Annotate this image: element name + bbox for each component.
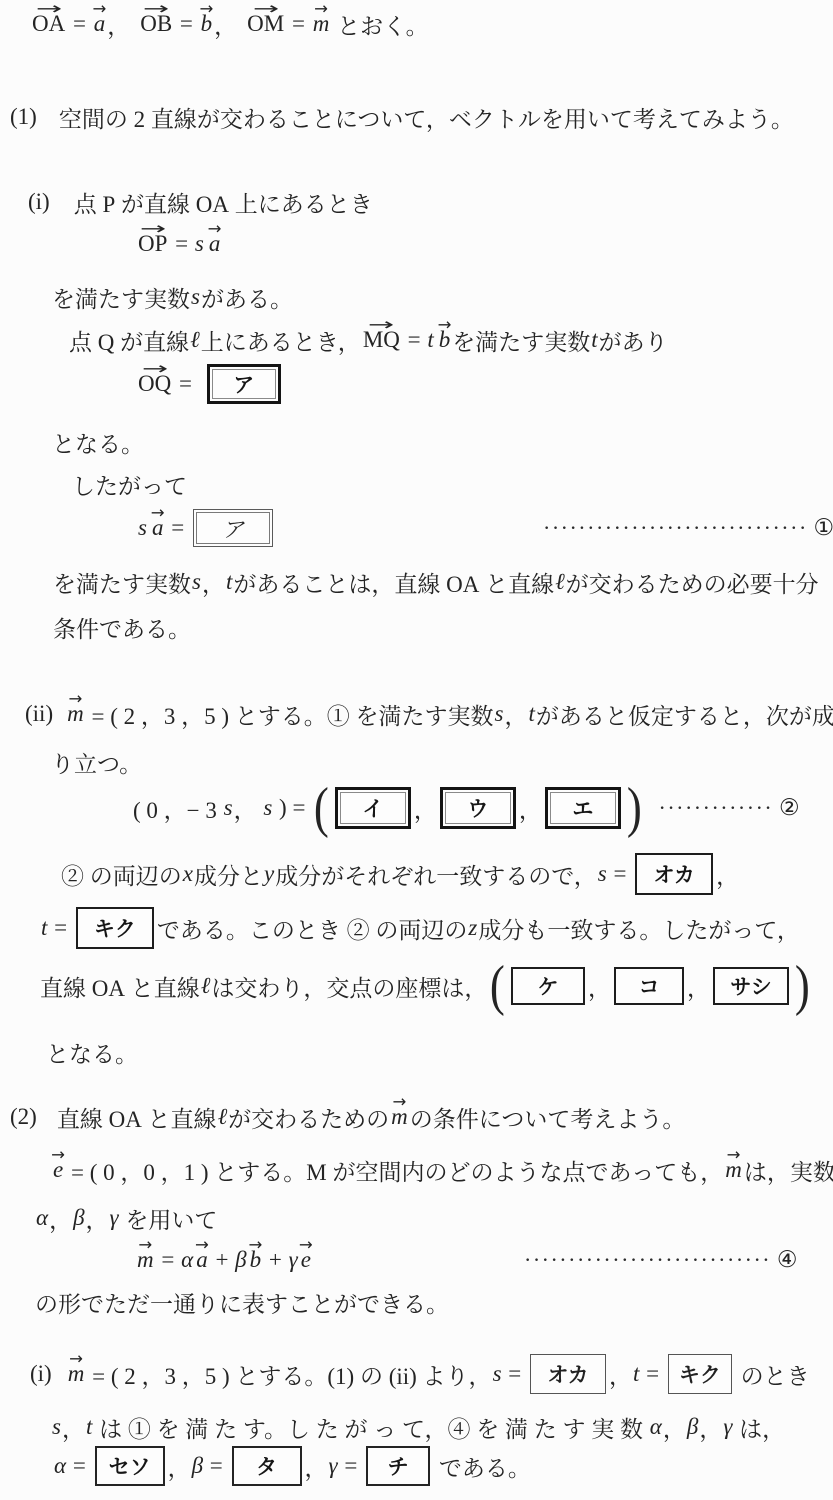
vector-oa: →OA [30,11,67,37]
text-components-x-y: ② の両辺のx成分とy成分がそれぞれ一致するので，s = オカ， [61,852,739,896]
text-necessary-sufficient-1: を満たす実数s，tがあることは，直線 OA と直線ℓが交わるための必要十分 [53,560,819,604]
text: があり [599,324,668,357]
math-variable: β [191,1453,204,1479]
vector-arrow-icon: → [143,1,169,18]
text: を満たす実数 [52,281,190,314]
big-parenthesis: ) [795,966,810,1006]
text-e-definition: →e = ( 0 ，0 ，1 ) とする。M が空間内のどのような点であっても，… [51,1148,833,1192]
answer-box-label: エ [550,792,616,824]
text: とおく。 [331,8,428,41]
vector-arrow-icon: → [140,221,166,238]
part1-ii-heading: (ii)→m = ( 2 ，3 ，5 ) とする。① を満たす実数s，tがあると… [25,692,833,736]
spacer [198,384,204,385]
vector-arrow-icon: → [438,317,452,334]
spacer [50,202,74,203]
text: があることは，直線 OA と直線 [233,566,554,599]
vector-arrow-icon: → [368,317,394,334]
text: 条件である。 [53,611,191,644]
spacer [52,1374,66,1375]
text: ， [609,1358,632,1391]
text: である。このとき ② の両辺の [157,912,468,945]
math-variable: β [72,1205,85,1231]
text: となる。 [46,1036,138,1069]
text: ， [699,1411,722,1444]
part1-heading: (1)空間の 2 直線が交わることについて，ベクトルを用いて考えてみよう。 [10,95,794,139]
text: = [67,11,91,37]
math-variable: s [191,569,202,595]
text: ， [234,792,263,825]
math-variable: s [262,795,273,821]
vector-om: →OM [245,11,286,37]
vector-arrow-icon: → [253,1,279,18]
answer-box-label: ウ [445,792,511,824]
text: = [204,1453,228,1479]
math-variable: γ [288,1247,299,1273]
text: = [608,861,632,887]
answer-box-a-ref: ア [193,509,273,547]
vector-m: →m [66,1361,87,1387]
math-variable: ℓ [189,327,201,353]
math-variable: s [51,1414,62,1440]
answer-box-ta: タ [232,1446,302,1486]
text: は，実数 [744,1154,833,1187]
text: = [640,1361,664,1387]
text: + [263,1247,287,1273]
text: ， [49,1202,72,1235]
spacer [237,24,245,25]
math-variable: γ [722,1414,733,1440]
vector-arrow-icon: → [35,1,61,18]
text: ) = [273,795,311,821]
eq4-dots-ref: ···························· ④ [524,1238,798,1282]
text: ， [414,792,437,825]
vector-oq: →OQ [136,371,173,397]
text: = [169,231,193,257]
answer-box-label: セソ [97,1448,163,1484]
answer-box-sashi: サシ [713,967,789,1005]
text: = ( 2 ，3 ，5 ) とする。① を満たす実数 [86,698,494,731]
spacer [53,714,65,715]
text: = [339,1453,363,1479]
answer-box-label: タ [234,1448,300,1484]
text: のとき [735,1358,810,1391]
text: ， [519,792,542,825]
text-necessary-sufficient-2: 条件である。 [53,605,191,649]
text: ， [305,1450,328,1483]
math-variable: α [649,1414,663,1440]
text: したがって [72,468,187,501]
answer-box-seso: セソ [95,1446,165,1486]
spacer [130,24,138,25]
text: ， [168,1450,191,1483]
text: = [156,1247,180,1273]
text: が交わるための必要十分 [566,566,819,599]
text-satisfy-1-4: s，t は ① を 満 た す。し た が っ て，④ を 満 た す 実 数 … [51,1405,785,1449]
answer-box-ke: ケ [511,967,585,1005]
math-variable: ℓ [200,973,212,999]
vector-arrow-icon: → [51,1147,65,1164]
vector-arrow-icon: → [138,1237,152,1254]
text-real-s: を満たす実数sがある。 [52,275,293,319]
dotted-leader: ······························ [543,515,808,541]
vector-arrow-icon: → [151,505,165,522]
answer-box-label: チ [368,1448,428,1484]
text: ② [773,795,799,821]
text: となる。 [52,426,144,459]
answer-box-label: ア [196,512,270,544]
text-t-value: t = キクである。このとき ② の両辺のz成分も一致する。したがって， [40,906,800,950]
vector-b: →b [199,11,215,37]
text-point-q: 点 Q が直線ℓ上にあるとき，→MQ = t→bを満たす実数tがあり [69,318,668,362]
vector-arrow-icon: → [299,1237,313,1254]
vector-arrow-icon: → [69,1351,83,1368]
text-shitagatte: したがって [72,462,187,506]
text: ( 0 ，− 3 [133,792,223,825]
text: = [67,1453,91,1479]
vector-ob: →OB [138,11,174,37]
math-variable: t [590,327,598,353]
text: の形でただ一通りに表すことができる。 [35,1286,449,1319]
answer-box-label: キク [78,909,152,947]
eq4-m-expression: →m = α→a + β→b + γ→e [135,1238,313,1282]
text: ， [214,8,237,41]
vector-arrow-icon: → [393,1094,407,1111]
eq1-dots-ref: ······························ ① [543,506,833,550]
math-variable: ℓ [217,1104,229,1130]
vector-arrow-icon: → [727,1147,741,1164]
text-tonaru-1: となる。 [52,420,144,464]
vector-arrow-icon: → [141,361,167,378]
text: 点 Q が直線 [69,324,189,357]
math-variable: t [225,569,233,595]
text: 成分も一致する。したがって， [478,912,800,945]
math-variable: α [35,1205,49,1231]
text: ， [687,970,710,1003]
vector-definitions: →OA = →a，→OB = →b，→OM = →m とおく。 [30,2,429,46]
vector-m: →m [723,1157,744,1183]
math-variable: β [686,1414,699,1440]
text: ， [504,698,527,731]
math-variable: s [190,284,201,310]
text: がある。 [201,281,293,314]
text: ① [808,515,833,541]
text: 直線 OA と直線 [57,1101,217,1134]
vector-arrow-icon: → [199,1,213,18]
text: ， [107,8,130,41]
text: は交わり，交点の座標は， [211,970,487,1003]
text-tonaru-2: となる。 [46,1030,138,1074]
answer-box-label: コ [616,969,682,1003]
math-variable: s [194,231,205,257]
part1-i-heading: (i)点 P が直線 OA 上にあるとき [28,180,373,224]
text: を用いて [120,1202,218,1235]
math-variable: t [426,327,434,353]
math-variable: α [53,1453,67,1479]
math-variable: β [234,1247,247,1273]
spacer [645,808,659,809]
text: の条件について考えよう。 [410,1101,686,1134]
text: = [174,11,198,37]
text: が交わるための [228,1101,389,1134]
text: (i) [28,189,50,215]
text: ② の両辺の [61,858,182,891]
text: ， [588,970,611,1003]
math-variable: s [597,861,608,887]
vector-op: →OP [136,231,169,257]
math-variable: t [40,915,48,941]
answer-box-i: イ [335,787,411,829]
math-variable: γ [328,1453,339,1479]
text: を満たす実数 [452,324,590,357]
math-variable: s [494,701,505,727]
document-page: →OA = →a，→OB = →b，→OM = →m とおく。(1)空間の 2 … [0,0,833,1500]
text-alpha-beta-gamma: α，β，γ を用いて [35,1196,217,1240]
text: = [48,915,72,941]
dotted-leader: ···························· [524,1247,771,1273]
text: ， [202,566,225,599]
answer-box-label: オカ [531,1355,605,1393]
vector-a: →a [92,11,108,37]
text: (2) [10,1104,37,1130]
big-parenthesis: ) [627,788,642,828]
eq-sa-answer: s→a = ア [137,506,276,550]
math-variable: t [527,701,535,727]
text: ， [86,1202,109,1235]
vector-arrow-icon: → [314,1,328,18]
math-variable: γ [109,1205,120,1231]
answer-box-e: エ [545,787,621,829]
text: (1) [10,104,37,130]
part2-heading: (2)直線 OA と直線ℓが交わるための→mの条件について考えよう。 [10,1095,685,1139]
answer-box-a: ア [207,364,281,404]
text: = [402,327,426,353]
vector-arrow-icon: → [248,1237,262,1254]
eq-oq-answer: →OQ = ア [136,362,284,406]
text: (i) [30,1361,52,1387]
math-variable: t [85,1414,93,1440]
text-unique-form: の形でただ一通りに表すことができる。 [35,1280,449,1324]
vector-b: →b [248,1247,264,1273]
text: である。 [433,1450,531,1483]
eq-op-sa: →OP = s→a [136,222,222,266]
text: (ii) [25,701,53,727]
answer-box-ko: コ [614,967,684,1005]
vector-arrow-icon: → [68,691,82,708]
answer-box-chi: チ [366,1446,430,1486]
vector-b: →b [437,327,453,353]
text: 成分と [194,858,263,891]
vector-arrow-icon: → [93,1,107,18]
math-variable: s [137,515,148,541]
spacer [37,117,59,118]
big-parenthesis: ( [490,966,505,1006]
answer-box-label: オカ [637,855,711,893]
answer-box-label: ケ [513,969,583,1003]
spacer [37,1117,57,1118]
vector-a: →a [207,231,223,257]
answer-box-label: ア [212,369,276,399]
text: = ( 0 ，0 ，1 ) とする。M が空間内のどのような点であっても， [65,1154,723,1187]
text: = ( 2 ，3 ，5 ) とする。(1) の (ii) より， [86,1358,491,1391]
text: ， [663,1411,686,1444]
big-parenthesis: ( [314,788,329,828]
vector-a: →a [194,1247,210,1273]
text: は ① を 満 た す。し た が っ て，④ を 満 た す 実 数 [93,1411,648,1444]
math-variable: y [263,861,275,887]
eq2-component: ( 0 ，− 3 s， s ) = (イ，ウ，エ)············· ② [133,786,800,830]
vector-e: →e [51,1157,65,1183]
answer-box-oka-ref: オカ [530,1354,606,1394]
text: + [210,1247,234,1273]
text: ， [62,1411,85,1444]
text: り立つ。 [51,746,142,779]
answer-box-u: ウ [440,787,516,829]
math-variable: t [632,1361,640,1387]
text: = [286,11,310,37]
text: 直線 OA と直線 [40,970,200,1003]
vector-m: →m [311,11,332,37]
dotted-leader: ············· [659,795,774,821]
part2-i-heading: (i)→m = ( 2 ，3 ，5 ) とする。(1) の (ii) より，s … [30,1352,810,1396]
text: を満たす実数 [53,566,191,599]
math-variable: α [180,1247,194,1273]
text: 点 P が直線 OA 上にあるとき [74,186,373,219]
vector-mq: →MQ [361,327,402,353]
text: 空間の 2 直線が交わることについて，ベクトルを用いて考えてみよう。 [59,101,794,134]
answer-box-label: キク [669,1355,731,1393]
text-naritatsu: り立つ。 [51,740,142,784]
text: 成分がそれぞれ一致するので， [275,858,597,891]
math-variable: s [492,1361,503,1387]
vector-e: →e [299,1247,313,1273]
eq-alpha-beta-gamma-answers: α = セソ，β = タ，γ = チ である。 [53,1444,531,1488]
math-variable: s [223,795,234,821]
vector-a: →a [150,515,166,541]
vector-m: →m [135,1247,156,1273]
math-variable: x [182,861,194,887]
text: ， [716,858,739,891]
answer-box-oka: オカ [635,853,713,895]
text: は， [733,1411,785,1444]
vector-arrow-icon: → [195,1237,209,1254]
answer-box-label: イ [340,792,406,824]
math-variable: z [467,915,478,941]
vector-arrow-icon: → [208,221,222,238]
answer-box-label: サシ [715,969,787,1003]
text: = [173,371,197,397]
text: があると仮定すると，次が成 [536,698,833,731]
text: 上にあるとき， [201,324,361,357]
text-intersection-coords: 直線 OA と直線ℓは交わり，交点の座標は，(ケ，コ，サシ) [40,964,813,1008]
vector-m: →m [389,1104,410,1130]
text: = [165,515,189,541]
answer-box-kiku: キク [76,907,154,949]
math-variable: ℓ [554,569,566,595]
answer-box-kiku-ref: キク [668,1354,732,1394]
text: = [503,1361,527,1387]
vector-m: →m [65,701,86,727]
text: ④ [771,1247,797,1273]
